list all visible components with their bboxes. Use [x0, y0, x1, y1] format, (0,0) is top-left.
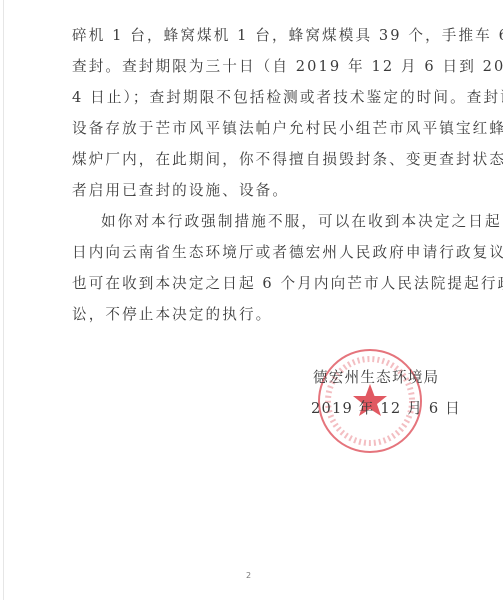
text-line: 碎机 1 台，蜂窝煤机 1 台，蜂窝煤模具 39 个，手推车 6 辆进行: [72, 20, 446, 51]
text-line: 煤炉厂内，在此期间，你不得擅自损毁封条、变更查封状态或: [72, 144, 446, 175]
signature-date: 2019 年 12 月 6 日: [311, 397, 461, 418]
page-border: [3, 0, 4, 600]
document-body: 碎机 1 台，蜂窝煤机 1 台，蜂窝煤模具 39 个，手推车 6 辆进行 查封。…: [72, 20, 446, 330]
paragraph-start-line: 如你对本行政强制措施不服，可以在收到本决定之日起 60: [72, 206, 446, 237]
text-line: 查封。查封期限为三十日（自 2019 年 12 月 6 日到 2020 年 1 …: [72, 51, 446, 82]
text-line: 设备存放于芒市风平镇法帕户允村民小组芒市风平镇宝红蜂窝: [72, 113, 446, 144]
page-number: 2: [246, 571, 251, 580]
text-line: 者启用已查封的设施、设备。: [72, 175, 446, 206]
issuer-signature: 德宏州生态环境局: [313, 366, 439, 387]
text-line: 也可在收到本决定之日起 6 个月内向芒市人民法院提起行政诉: [72, 268, 446, 299]
text-line: 日内向云南省生态环境厅或者德宏州人民政府申请行政复议，: [72, 237, 446, 268]
text-line: 4 日止）；查封期限不包括检测或者技术鉴定的时间。查封设施、: [72, 82, 446, 113]
text-line: 讼，不停止本决定的执行。: [72, 299, 446, 330]
